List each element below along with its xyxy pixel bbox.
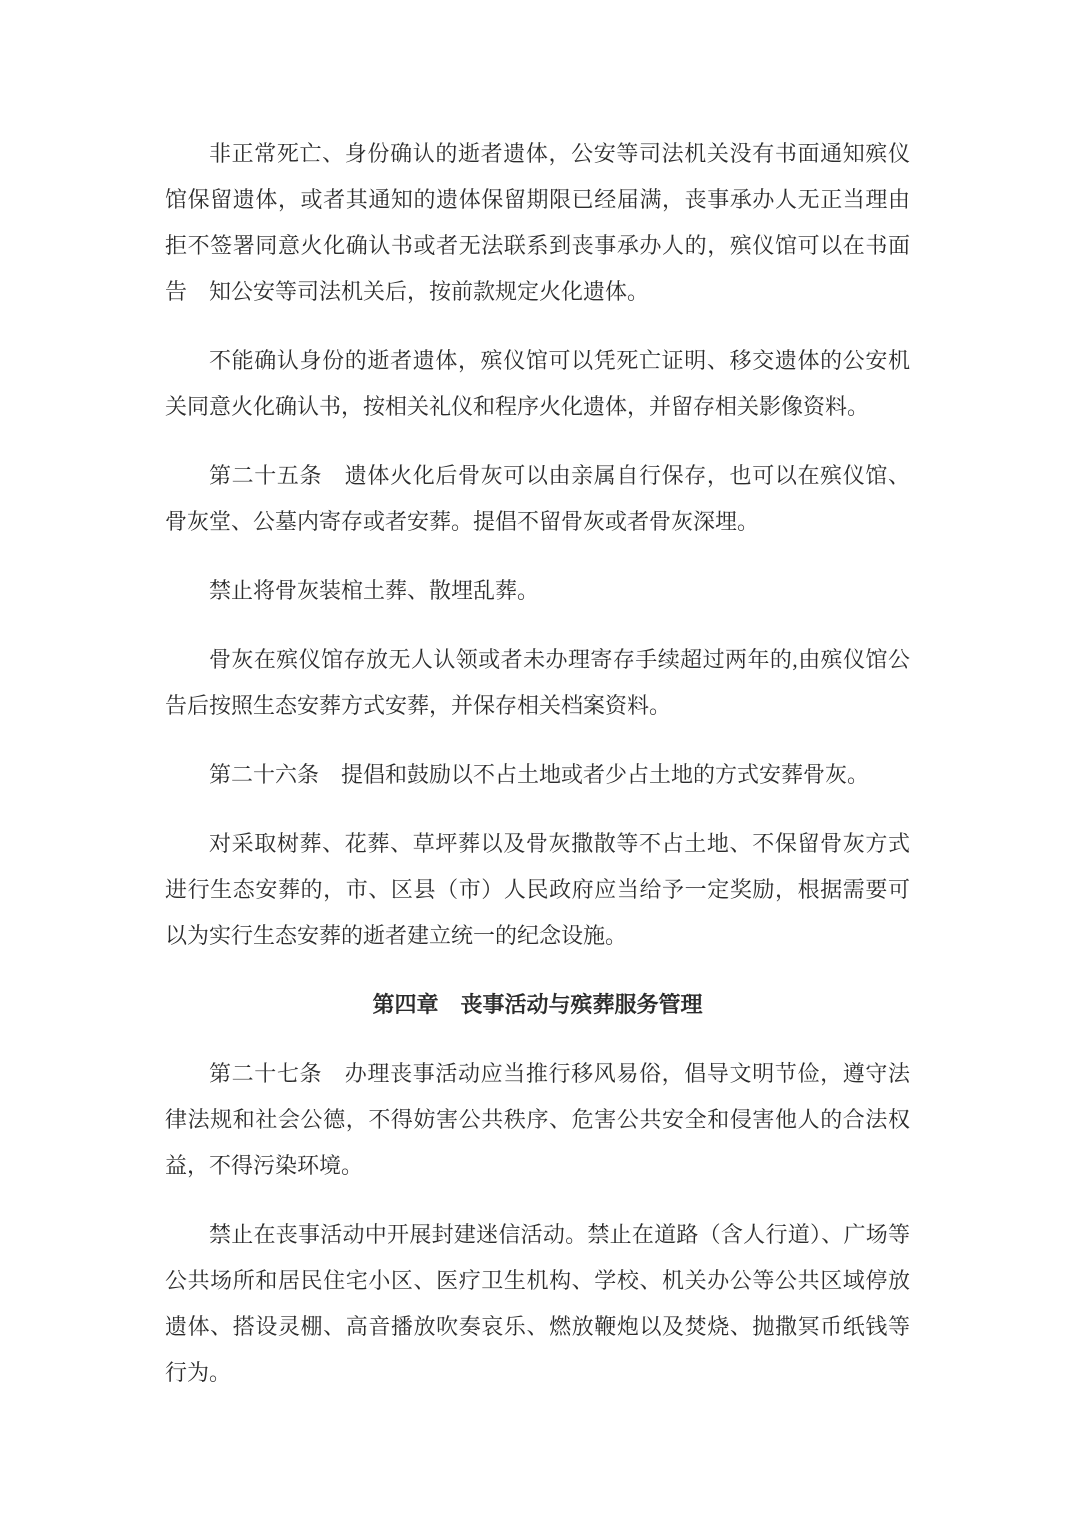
paragraph-unidentified-remains: 不能确认身份的逝者遗体，殡仪馆可以凭死亡证明、移交遗体的公安机关同意火化确认书，… xyxy=(165,338,910,430)
paragraph-article-26: 第二十六条 提倡和鼓励以不占土地或者少占土地的方式安葬骨灰。 xyxy=(165,752,910,798)
paragraph-eco-burial-reward: 对采取树葬、花葬、草坪葬以及骨灰撒散等不占土地、不保留骨灰方式进行生态安葬的，市… xyxy=(165,821,910,959)
paragraph-article-27: 第二十七条 办理丧事活动应当推行移风易俗，倡导文明节俭，遵守法律法规和社会公德，… xyxy=(165,1051,910,1189)
chapter-heading-four: 第四章 丧事活动与殡葬服务管理 xyxy=(165,982,910,1028)
paragraph-article-25: 第二十五条 遗体火化后骨灰可以由亲属自行保存，也可以在殡仪馆、骨灰堂、公墓内寄存… xyxy=(165,453,910,545)
document-page: 非正常死亡、身份确认的逝者遗体，公安等司法机关没有书面通知殡仪馆保留遗体，或者其… xyxy=(0,0,1074,1520)
paragraph-funeral-activity-prohibitions: 禁止在丧事活动中开展封建迷信活动。禁止在道路（含人行道）、广场等公共场所和居民住… xyxy=(165,1212,910,1396)
paragraph-body-corpse-cremation-notice: 非正常死亡、身份确认的逝者遗体，公安等司法机关没有书面通知殡仪馆保留遗体，或者其… xyxy=(165,131,910,315)
paragraph-burial-prohibition: 禁止将骨灰装棺土葬、散埋乱葬。 xyxy=(165,568,910,614)
paragraph-unclaimed-ashes: 骨灰在殡仪馆存放无人认领或者未办理寄存手续超过两年的,由殡仪馆公告后按照生态安葬… xyxy=(165,637,910,729)
